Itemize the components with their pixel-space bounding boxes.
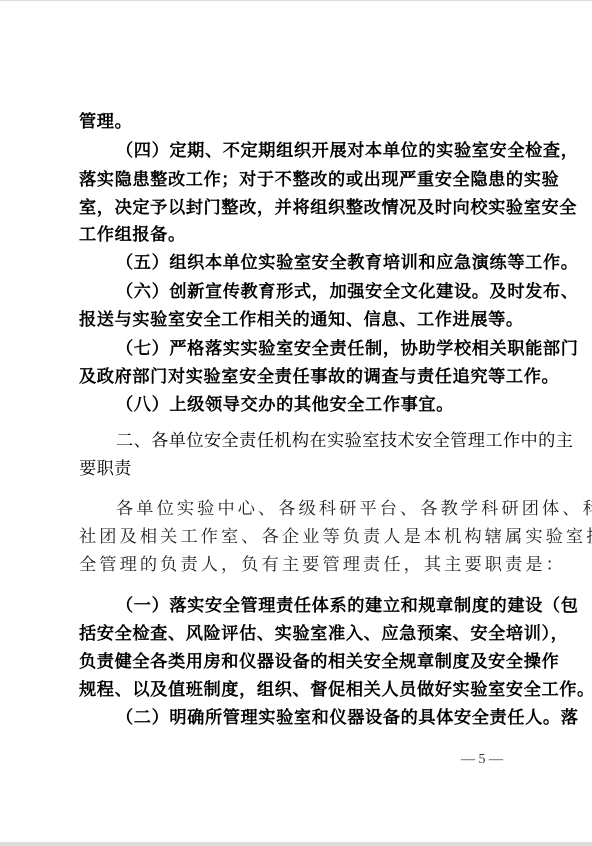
section-heading-line: 二、各单位安全责任机构在实验室技术安全管理工作中的主 — [116, 430, 519, 452]
paragraph-item-4-line: （四）定期、不定期组织开展对本单位的实验室安全检查， — [116, 140, 519, 162]
paragraph-section2-item-2-line: （二）明确所管理实验室和仪器设备的具体安全责任人。落 — [116, 707, 519, 729]
paragraph-section2-item-1-line: 括安全检查、风险评估、实验室准入、应急预案、安全培训）， — [79, 623, 519, 645]
page-edge-top — [0, 0, 592, 1]
paragraph-section2-item-1-line: 规程、以及值班制度，组织、督促相关人员做好实验室安全工作。 — [79, 679, 519, 701]
page-number: — 5 — — [452, 750, 512, 770]
paragraph-item-6-line: （六）创新宣传教育形式，加强安全文化建设。及时发布、 — [116, 281, 519, 303]
paragraph-item-4-line: 落实隐患整改工作；对于不整改的或出现严重安全隐患的实验 — [79, 169, 519, 191]
section-heading-line: 要职责 — [79, 458, 519, 480]
page-edge-bottom — [0, 842, 592, 846]
paragraph-section2-item-1-line: 负责健全各类用房和仪器设备的相关安全规章制度及安全操作 — [79, 651, 519, 673]
paragraph-continuation-line: 管理。 — [79, 111, 519, 133]
intro-paragraph-line: 全管理的负责人，负有主要管理责任，其主要职责是： — [79, 554, 519, 576]
paragraph-item-8-line: （八）上级领导交办的其他安全工作事宜。 — [116, 394, 519, 416]
paragraph-section2-item-1-line: （一）落实安全管理责任体系的建立和规章制度的建设（包 — [116, 595, 519, 617]
paragraph-item-4-line: 工作组报备。 — [79, 224, 519, 246]
paragraph-item-7-line: 及政府部门对实验室安全责任事故的调查与责任追究等工作。 — [79, 366, 519, 388]
paragraph-item-5-line: （五）组织本单位实验室安全教育培训和应急演练等工作。 — [116, 252, 519, 274]
paragraph-item-7-line: （七）严格落实实验室安全责任制，协助学校相关职能部门 — [116, 338, 519, 360]
intro-paragraph-line: 社团及相关工作室、各企业等负责人是本机构辖属实验室技术安 — [79, 526, 519, 548]
paragraph-item-6-line: 报送与实验室安全工作相关的通知、信息、工作进展等。 — [79, 309, 519, 331]
intro-paragraph-line: 各单位实验中心、各级科研平台、各教学科研团体、科技类 — [116, 498, 519, 520]
paragraph-item-4-line: 室，决定予以封门整改，并将组织整改情况及时向校实验室安全 — [79, 197, 519, 219]
